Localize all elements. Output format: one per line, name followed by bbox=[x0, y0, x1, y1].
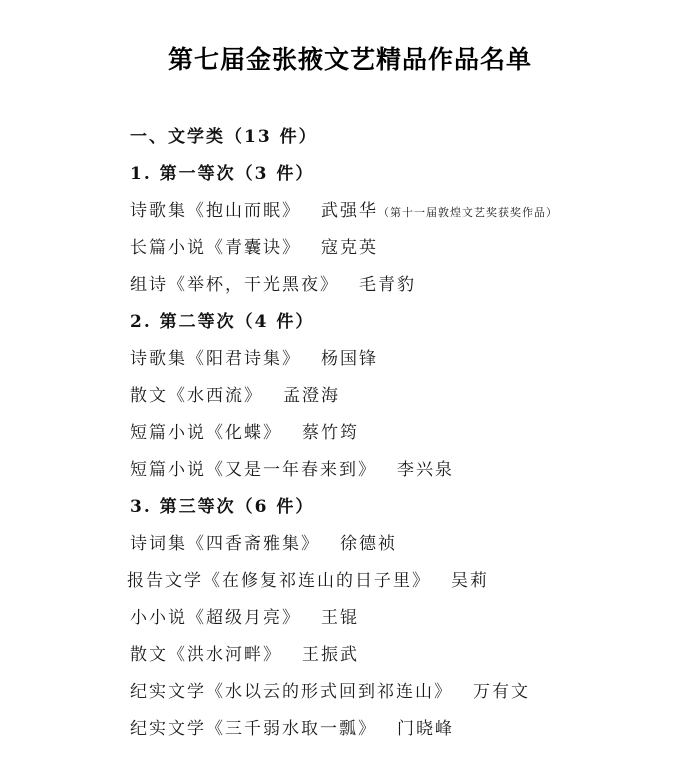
work-title: 短篇小说《又是一年春来到》 bbox=[130, 460, 377, 480]
list-item: 散文《洪水河畔》王振武 bbox=[130, 640, 670, 677]
work-title: 散文《洪水河畔》 bbox=[130, 645, 282, 665]
category-heading: 一、文学类（13 件） bbox=[130, 122, 670, 159]
tier-heading-2: 2. 第二等次（4 件） bbox=[130, 307, 670, 344]
work-title: 散文《水西流》 bbox=[130, 386, 263, 406]
work-title: 诗词集《四香斋雅集》 bbox=[130, 534, 320, 554]
work-title: 纪实文学《三千弱水取一瓢》 bbox=[130, 719, 377, 739]
work-title: 组诗《举杯，干光黑夜》 bbox=[130, 275, 339, 295]
list-item: 诗歌集《抱山而眠》武强华（第十一届敦煌文艺奖获奖作品） bbox=[130, 196, 670, 233]
author-name: 吴莉 bbox=[451, 571, 489, 591]
list-item: 诗词集《四香斋雅集》徐德祯 bbox=[130, 529, 670, 566]
author-name: 杨国锋 bbox=[321, 349, 378, 369]
work-title: 小小说《超级月亮》 bbox=[130, 608, 301, 628]
work-title: 诗歌集《阳君诗集》 bbox=[130, 349, 301, 369]
author-name: 王锟 bbox=[321, 608, 359, 628]
author-name: 寇克英 bbox=[321, 238, 378, 258]
list-item: 组诗《举杯，干光黑夜》毛青豹 bbox=[130, 270, 670, 307]
work-title: 纪实文学《水以云的形式回到祁连山》 bbox=[130, 682, 453, 702]
author-name: 孟澄海 bbox=[283, 386, 340, 406]
list-item: 诗歌集《阳君诗集》杨国锋 bbox=[130, 344, 670, 381]
tier-heading-3: 3. 第三等次（6 件） bbox=[130, 492, 670, 529]
author-name: 武强华 bbox=[321, 201, 378, 221]
list-item: 小小说《超级月亮》王锟 bbox=[130, 603, 670, 640]
author-name: 蔡竹筠 bbox=[302, 423, 359, 443]
author-name: 万有文 bbox=[473, 682, 530, 702]
author-name: 门晓峰 bbox=[397, 719, 454, 739]
author-name: 王振武 bbox=[302, 645, 359, 665]
author-name: 毛青豹 bbox=[359, 275, 416, 295]
award-note: （第十一届敦煌文艺奖获奖作品） bbox=[378, 206, 558, 219]
work-title: 长篇小说《青囊诀》 bbox=[130, 238, 301, 258]
list-item: 短篇小说《化蝶》蔡竹筠 bbox=[130, 418, 670, 455]
work-title: 诗歌集《抱山而眠》 bbox=[130, 201, 301, 221]
award-list: 一、文学类（13 件） 1. 第一等次（3 件） 诗歌集《抱山而眠》武强华（第十… bbox=[130, 122, 670, 751]
list-item: 长篇小说《青囊诀》寇克英 bbox=[130, 233, 670, 270]
author-name: 徐德祯 bbox=[340, 534, 397, 554]
list-item: 纪实文学《水以云的形式回到祁连山》万有文 bbox=[130, 677, 670, 714]
list-item: 纪实文学《三千弱水取一瓢》门晓峰 bbox=[130, 714, 670, 751]
list-item: 短篇小说《又是一年春来到》李兴泉 bbox=[130, 455, 670, 492]
list-item: 散文《水西流》孟澄海 bbox=[130, 381, 670, 418]
list-item: 报告文学《在修复祁连山的日子里》吴莉 bbox=[127, 566, 670, 603]
tier-heading-1: 1. 第一等次（3 件） bbox=[130, 159, 670, 196]
author-name: 李兴泉 bbox=[397, 460, 454, 480]
document-title: 第七届金张掖文艺精品作品名单 bbox=[0, 40, 700, 76]
work-title: 报告文学《在修复祁连山的日子里》 bbox=[127, 571, 431, 591]
work-title: 短篇小说《化蝶》 bbox=[130, 423, 282, 443]
